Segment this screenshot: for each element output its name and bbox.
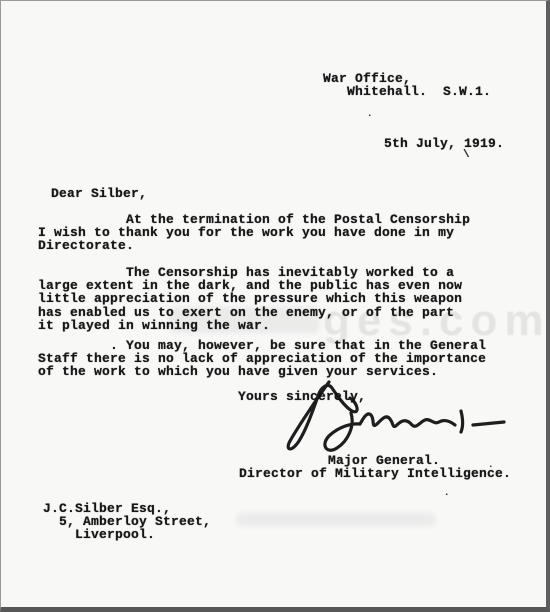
paragraph-1: At the termination of the Postal Censors… — [38, 213, 470, 253]
scanned-letter-page: ges.com War Office, Whitehall. S.W.1. 5t… — [0, 0, 550, 612]
salutation: Dear Silber, — [51, 187, 147, 200]
ink-speck: . — [444, 488, 449, 498]
ink-speck: . — [367, 109, 372, 119]
signoff-title: Director of Military Intelligence. — [239, 467, 511, 480]
watermark-smudge — [236, 513, 436, 526]
stray-mark: \ — [463, 149, 470, 161]
letter-date: 5th July, 1919. — [384, 137, 504, 150]
sender-address: War Office, Whitehall. S.W.1. — [323, 72, 491, 98]
paragraph-3: . You may, however, be sure that in the … — [38, 339, 486, 379]
paragraph-2: The Censorship has inevitably worked to … — [38, 266, 462, 332]
ink-speck: . — [488, 460, 493, 470]
recipient-address: J.C.Silber Esq., 5, Amberloy Street, Liv… — [43, 502, 211, 542]
